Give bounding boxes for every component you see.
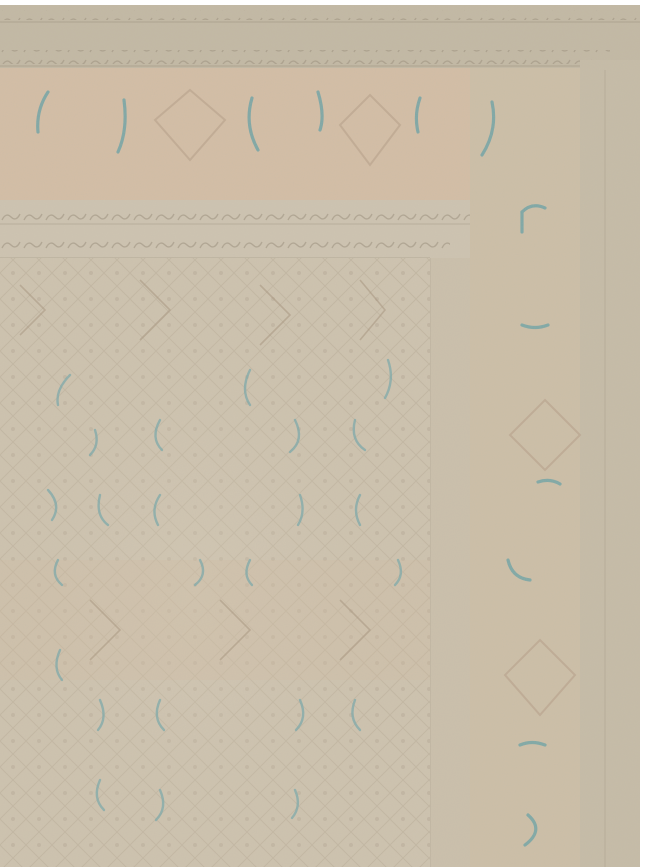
- rug-photo: [0, 0, 650, 867]
